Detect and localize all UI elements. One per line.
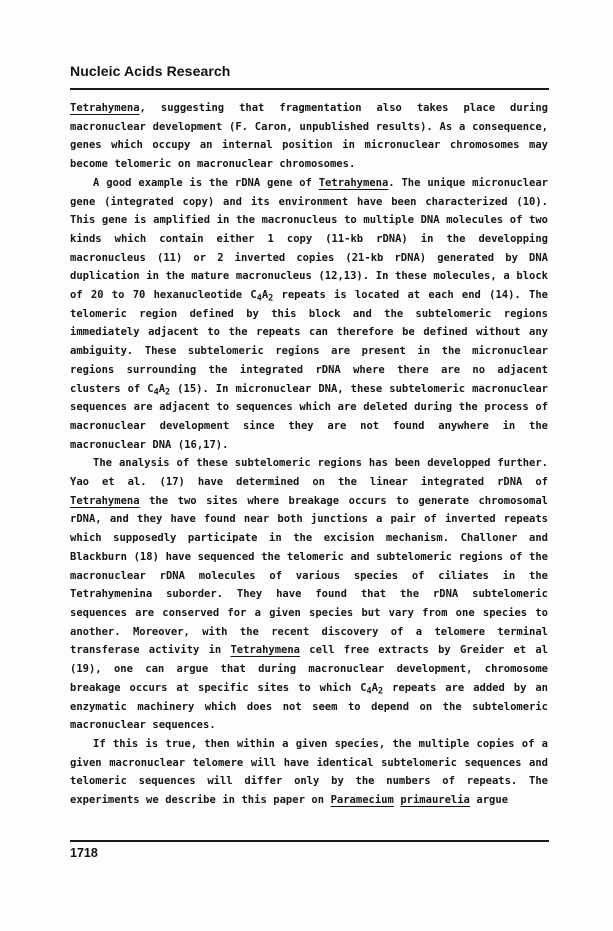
journal-title: Nucleic Acids Research <box>70 63 230 79</box>
page-number: 1718 <box>70 846 98 860</box>
paragraph: Tetrahymena, suggesting that fragmentati… <box>70 99 548 174</box>
text-run: argue <box>470 794 508 806</box>
underlined-term: Paramecium <box>331 794 394 806</box>
paragraph: A good example is the rDNA gene of Tetra… <box>70 174 548 455</box>
paragraph: The analysis of these subtelomeric regio… <box>70 454 548 735</box>
header-rule <box>70 88 549 90</box>
article-body: Tetrahymena, suggesting that fragmentati… <box>70 99 548 810</box>
text-run: , suggesting that fragmentation also tak… <box>70 102 548 170</box>
underlined-term: Tetrahymena <box>230 644 300 656</box>
underlined-term: Tetrahymena <box>70 495 140 507</box>
text-run: . The unique micronuclear gene (integrat… <box>70 177 548 301</box>
text-run: The analysis of these subtelomeric regio… <box>70 457 548 488</box>
paragraph: If this is true, then within a given spe… <box>70 735 548 810</box>
text-run: the two sites where breakage occurs to g… <box>70 495 548 657</box>
footer-rule <box>70 840 549 842</box>
journal-page: Nucleic Acids Research Tetrahymena, sugg… <box>0 0 613 931</box>
text-run: repeats is located at each end (14). The… <box>70 289 548 395</box>
underlined-term: Tetrahymena <box>70 102 140 114</box>
underlined-term: Tetrahymena <box>319 177 389 189</box>
underlined-term: primaurelia <box>400 794 470 806</box>
text-run: A good example is the rDNA gene of <box>93 177 319 189</box>
